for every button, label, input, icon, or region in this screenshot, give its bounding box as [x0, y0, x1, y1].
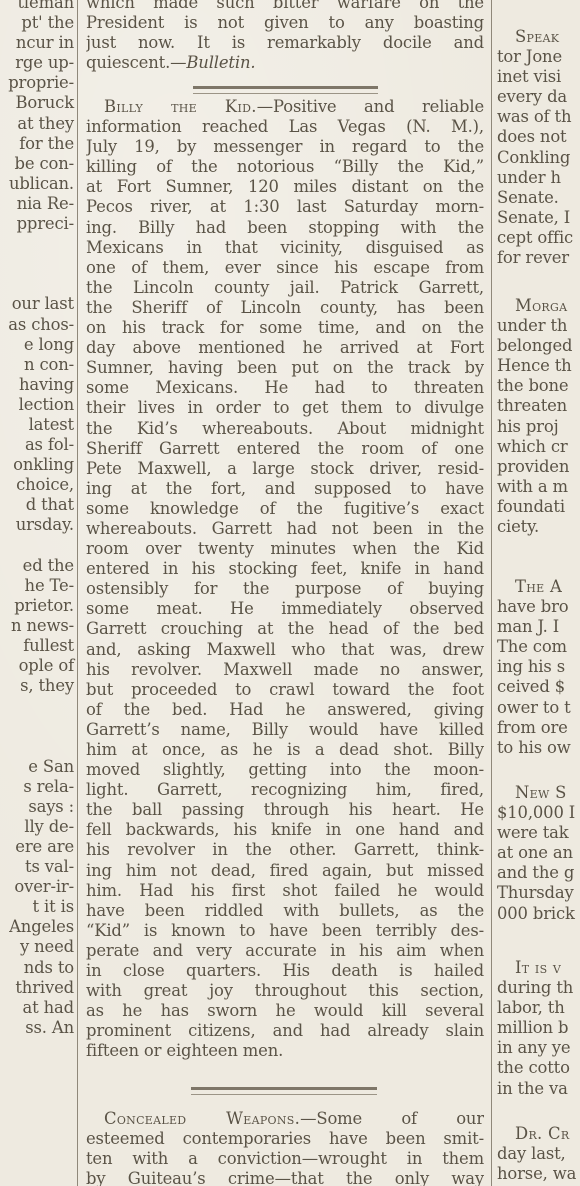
text-line: horse, wa: [497, 1164, 580, 1184]
text-line: ed the: [0, 556, 74, 576]
text-line: entered in his stocking feet, knife in h…: [86, 559, 484, 579]
article-headline: It is v: [497, 958, 580, 978]
text-line: the bone: [497, 376, 580, 396]
text-line: day above mentioned he arrived at Fort: [86, 338, 484, 358]
text-line: on his track for some time, and on the: [86, 318, 484, 338]
text-line: for rever: [497, 248, 580, 268]
text-line: s rela-: [0, 777, 74, 797]
text-line: the ball passing through his heart. He: [86, 800, 484, 820]
text-line: [0, 696, 74, 716]
text-line: foundati: [497, 497, 580, 517]
section-separator-rule: [193, 86, 378, 94]
text-line: were tak: [497, 823, 580, 843]
text-line: cept offic: [497, 228, 580, 248]
text-line: and, asking Maxwell who that was, drew: [86, 640, 484, 660]
article-headline: Speak: [497, 27, 580, 47]
text-line: for the: [0, 134, 74, 154]
text-line: every da: [497, 87, 580, 107]
text-line: ing his s: [497, 657, 580, 677]
text-line: which cr: [497, 437, 580, 457]
text-line: choice,: [0, 475, 74, 495]
text-line: latest: [0, 415, 74, 435]
text-line: he Te-: [0, 576, 74, 596]
text-line: under h: [497, 168, 580, 188]
text-line: [0, 536, 74, 556]
text-line: thrived: [0, 978, 74, 998]
text-line: have been riddled with bullets, as the: [86, 901, 484, 921]
text-line: ncur in: [0, 33, 74, 53]
article-headline: Concealed Weapons.: [104, 1109, 300, 1128]
text-line: be con-: [0, 154, 74, 174]
article-concealed-weapons: Concealed Weapons.—Some of our esteemed …: [86, 1109, 484, 1186]
text-line: from ore: [497, 718, 580, 738]
text-line: fell backwards, his knife in one hand an…: [86, 820, 484, 840]
text-line: information reached Las Vegas (N. M.),: [86, 117, 484, 137]
text-line: which made such bitter warfare on the: [86, 0, 484, 13]
text-line: at one an: [497, 843, 580, 863]
text-line: President is not given to any boasting: [86, 13, 484, 33]
right-article-fragment: It is vduring thlabor, thmillion bin any…: [497, 958, 580, 1099]
text-line: quiescent.—Bulletin.: [86, 53, 484, 73]
text-line: have bro: [497, 597, 580, 617]
text-line: him at once, as he is a dead shot. Billy: [86, 740, 484, 760]
text-line: 000 brick: [497, 904, 580, 924]
text-line: prietor.: [0, 596, 74, 616]
article-headline-line: Billy the Kid.—Positive and reliable: [86, 97, 484, 117]
text-line: lly de-: [0, 817, 74, 837]
text-line: s, they: [0, 676, 74, 696]
text-line: ing at the fort, and supposed to have: [86, 479, 484, 499]
text-line: as chos-: [0, 315, 74, 335]
text-line: Angeles: [0, 917, 74, 937]
text-line: y need: [0, 937, 74, 957]
text-line: whereabouts. Garrett had not been in the: [86, 519, 484, 539]
text-line: the cotto: [497, 1058, 580, 1078]
text-line: his revolver. Maxwell made no answer,: [86, 660, 484, 680]
text-line: nia Re-: [0, 194, 74, 214]
text-line: moved slightly, getting into the moon-: [86, 760, 484, 780]
text-line: Thursday: [497, 883, 580, 903]
right-article-fragment: New S$10,000 Iwere takat one anand the g…: [497, 783, 580, 924]
text-line: belonged: [497, 336, 580, 356]
text-line: $10,000 I: [497, 803, 580, 823]
text-line: to his ow: [497, 738, 580, 758]
text-line: nds to: [0, 958, 74, 978]
text-line: light. Garrett, recognizing him, fired,: [86, 780, 484, 800]
text-line: Sheriff Garrett entered the room of one: [86, 439, 484, 459]
text-line: ing. Billy had been stopping with the: [86, 218, 484, 238]
text-line: rge up-: [0, 53, 74, 73]
text-line: n news-: [0, 616, 74, 636]
text-line: ursday.: [0, 515, 74, 535]
text-line: ppreci-: [0, 214, 74, 234]
article-headline: New S: [497, 783, 580, 803]
text-line: Pete Maxwell, a large stock driver, resi…: [86, 459, 484, 479]
text-line: ceived $: [497, 677, 580, 697]
text-line: July 19, by messenger in regard to the: [86, 137, 484, 157]
text-line: by Guiteau’s crime—that the only way: [86, 1169, 484, 1186]
text-line: onkling: [0, 455, 74, 475]
text-line: ing him not dead, fired again, but misse…: [86, 861, 484, 881]
article-body: information reached Las Vegas (N. M.),Ju…: [86, 117, 484, 1041]
right-article-fragment: Speaktor Joneinet visievery dawas of thd…: [497, 27, 580, 268]
article-body: esteemed contemporaries have been smit-t…: [86, 1129, 484, 1186]
text-line: Mexicans in that vicinity, disguised as: [86, 238, 484, 258]
text-line: with a m: [497, 477, 580, 497]
article-headline: The A: [497, 577, 580, 597]
text-line: proprie-: [0, 73, 74, 93]
text-line: our last: [0, 294, 74, 314]
right-article-fragment: Morgaunder thbelongedHence ththe bonethr…: [497, 296, 580, 537]
middle-column: which made such bitter warfare on the Pr…: [86, 0, 484, 1186]
column-divider-left: [77, 0, 78, 1186]
text-line: inet visi: [497, 67, 580, 87]
text-line: the Lincoln county jail. Patrick Garrett…: [86, 278, 484, 298]
text-line: d that: [0, 495, 74, 515]
text-line: ts val-: [0, 857, 74, 877]
text-line: [0, 254, 74, 274]
text-line: and the g: [497, 863, 580, 883]
text-line: ss. An: [0, 1018, 74, 1038]
text-line: prominent citizens, and had already slai…: [86, 1021, 484, 1041]
headline-suffix: —Positive and reliable: [257, 97, 484, 116]
text-line: ciety.: [497, 517, 580, 537]
text-line: at Fort Sumner, 120 miles distant on the: [86, 177, 484, 197]
article-headline: Billy the Kid.: [104, 97, 257, 116]
text-line: ostensibly for the purpose of buying: [86, 579, 484, 599]
text-line: Boruck: [0, 93, 74, 113]
section-separator-rule: [191, 1087, 377, 1095]
text-line: esteemed contemporaries have been smit-: [86, 1129, 484, 1149]
text-line: the Sheriff of Lincoln county, has been: [86, 298, 484, 318]
text-line: as fol-: [0, 435, 74, 455]
text-line: room over twenty minutes when the Kid: [86, 539, 484, 559]
column-divider-right: [491, 0, 492, 1186]
text-line: some knowledge of the fugitive’s exact: [86, 499, 484, 519]
text-line: lection: [0, 395, 74, 415]
text-line: e San: [0, 757, 74, 777]
text-line: having: [0, 375, 74, 395]
text-line: Conkling: [497, 148, 580, 168]
text-line: ere are: [0, 837, 74, 857]
text-line: perate and very accurate in his aim when: [86, 941, 484, 961]
text-line: Garrett crouching at the head of the bed: [86, 619, 484, 639]
text-line: under th: [497, 316, 580, 336]
text-line: Pecos river, at 1:30 last Saturday morn-: [86, 197, 484, 217]
text-line: million b: [497, 1018, 580, 1038]
text-line: providen: [497, 457, 580, 477]
text-line: man J. I: [497, 617, 580, 637]
text-line: fifteen or eighteen men.: [86, 1041, 484, 1061]
text-line: pt' the: [0, 13, 74, 33]
text-line: [0, 736, 74, 756]
text-line: tleman: [0, 0, 74, 13]
text-line: was of th: [497, 107, 580, 127]
text-line: Hence th: [497, 356, 580, 376]
text-line: Sumner, having been put on the track by: [86, 358, 484, 378]
text-line: some meat. He immediately observed: [86, 599, 484, 619]
text-line: during th: [497, 978, 580, 998]
text-line: tor Jone: [497, 47, 580, 67]
text-line: day last,: [497, 1144, 580, 1164]
text-line: with great joy throughout this section,: [86, 981, 484, 1001]
text-line: killing of the notorious “Billy the Kid,…: [86, 157, 484, 177]
right-article-fragment: Dr. Crday last,horse, wa: [497, 1124, 580, 1184]
text-line: labor, th: [497, 998, 580, 1018]
text-line: Senate.: [497, 188, 580, 208]
text-line: in the va: [497, 1079, 580, 1099]
article-headline-line: Concealed Weapons.—Some of our: [86, 1109, 484, 1129]
text-line: his revolver in the other. Garrett, thin…: [86, 840, 484, 860]
text-line: their lives in order to get them to divu…: [86, 398, 484, 418]
right-column: Speaktor Joneinet visievery dawas of thd…: [497, 0, 580, 1186]
newspaper-page: tlemanpt' thencur inrge up-proprie-Boruc…: [0, 0, 580, 1186]
text-line: in any ye: [497, 1038, 580, 1058]
text-line: says :: [0, 797, 74, 817]
article-headline: Dr. Cr: [497, 1124, 580, 1144]
text-line: t it is: [0, 897, 74, 917]
text-line: as he has sworn he would kill several: [86, 1001, 484, 1021]
text-line: one of them, ever since his escape from: [86, 258, 484, 278]
left-column: tlemanpt' thencur inrge up-proprie-Boruc…: [0, 0, 76, 1186]
text-line: in close quarters. His death is hailed: [86, 961, 484, 981]
text-line: threaten: [497, 396, 580, 416]
text-line: [0, 234, 74, 254]
text-line: does not: [497, 127, 580, 147]
source-attribution: Bulletin.: [186, 53, 255, 72]
text-line: ower to t: [497, 698, 580, 718]
text-line: at had: [0, 998, 74, 1018]
text-line: ublican.: [0, 174, 74, 194]
intro-paragraph: which made such bitter warfare on the Pr…: [86, 0, 484, 73]
text-line: [0, 716, 74, 736]
text-line: fullest: [0, 636, 74, 656]
text-line: “Kid” is known to have been terribly des…: [86, 921, 484, 941]
text-line: Senate, I: [497, 208, 580, 228]
text-line: Garrett’s name, Billy would have killed: [86, 720, 484, 740]
text-line: e long: [0, 335, 74, 355]
article-billy-the-kid: Billy the Kid.—Positive and reliable inf…: [86, 97, 484, 1062]
text-line: but proceeded to crawl toward the foot: [86, 680, 484, 700]
text-line: The com: [497, 637, 580, 657]
text-line: [0, 274, 74, 294]
text-line: of the bed. Had he answered, giving: [86, 700, 484, 720]
text-line: some Mexicans. He had to threaten: [86, 378, 484, 398]
text-line: his proj: [497, 417, 580, 437]
text-line: at they: [0, 114, 74, 134]
headline-suffix: —Some of our: [300, 1109, 484, 1128]
text-line: just now. It is remarkably docile and: [86, 33, 484, 53]
text-line: ople of: [0, 656, 74, 676]
text-line: over-ir-: [0, 877, 74, 897]
article-headline: Morga: [497, 296, 580, 316]
text-line: the Kid’s whereabouts. About midnight: [86, 419, 484, 439]
intro-last-text: quiescent.—: [86, 53, 186, 72]
text-line: ten with a conviction—wrought in them: [86, 1149, 484, 1169]
text-line: him. Had his first shot failed he would: [86, 881, 484, 901]
text-line: n con-: [0, 355, 74, 375]
right-article-fragment: The Ahave broman J. IThe coming his scei…: [497, 577, 580, 758]
